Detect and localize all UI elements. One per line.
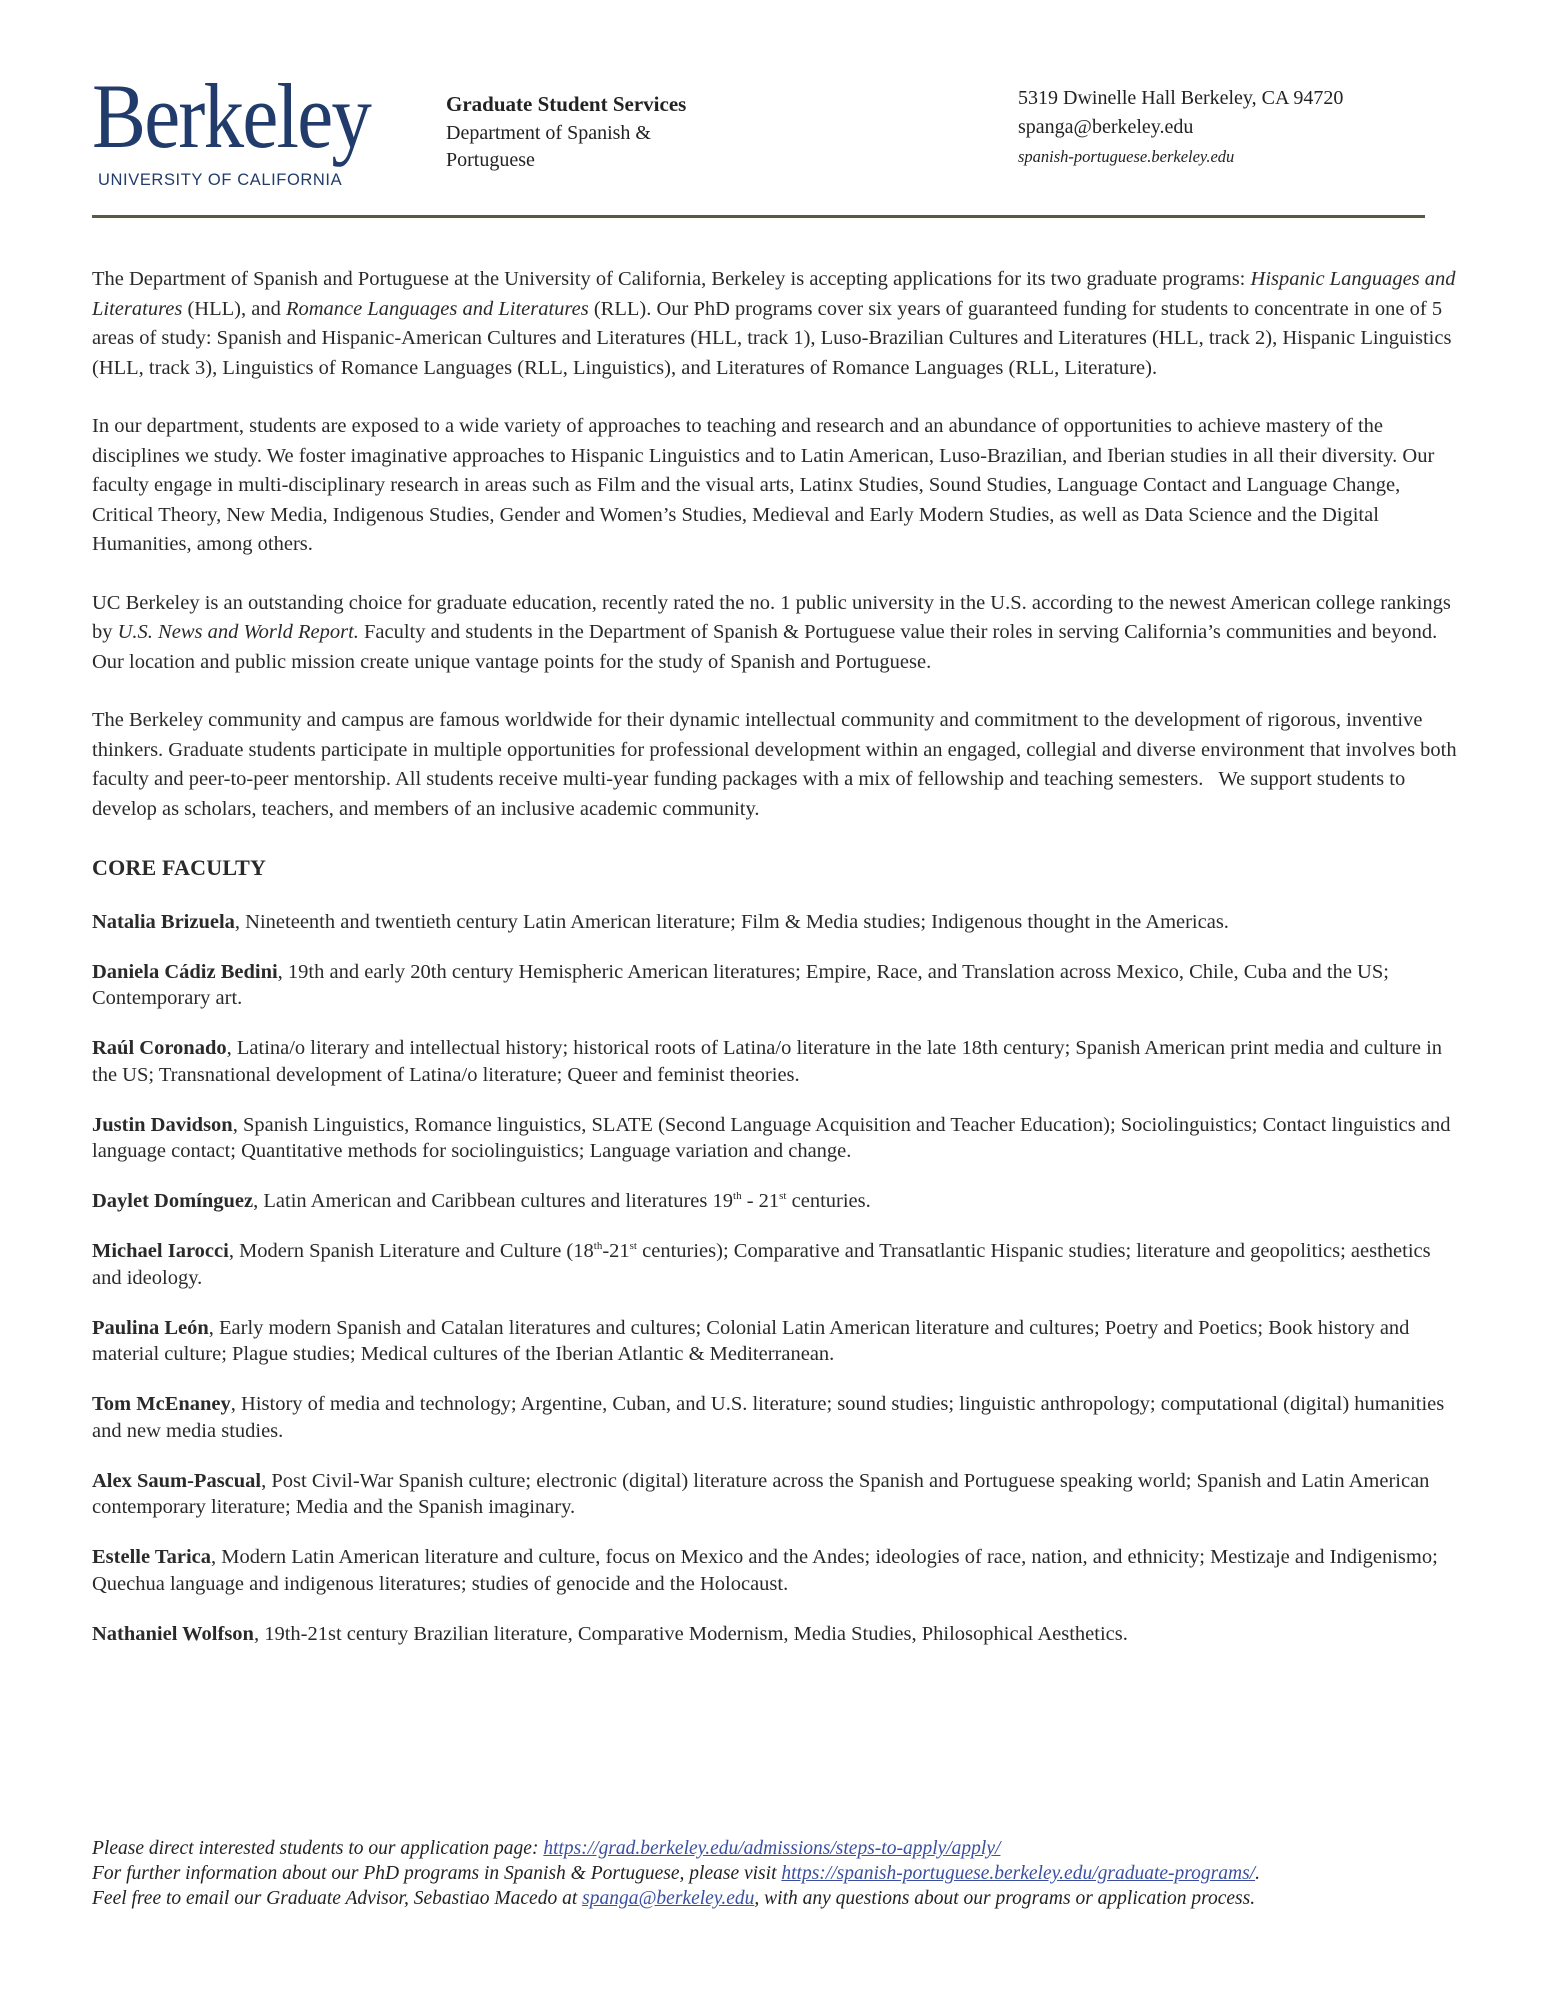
faculty-name: Justin Davidson: [92, 1114, 233, 1136]
faculty-name: Paulina León: [92, 1317, 209, 1339]
text: For further information about our PhD pr…: [92, 1863, 781, 1884]
faculty-entry: Daylet Domínguez, Latin American and Car…: [92, 1188, 1462, 1215]
faculty-description: , Latin American and Caribbean cultures …: [253, 1190, 733, 1212]
contact-website: spanish-portuguese.berkeley.edu: [1018, 142, 1343, 171]
advisor-email-link[interactable]: spanga@berkeley.edu: [582, 1888, 754, 1909]
logo-wordmark: Berkeley: [92, 70, 370, 162]
footer-line-application: Please direct interested students to our…: [92, 1836, 1472, 1861]
faculty-name: Daylet Domínguez: [92, 1190, 253, 1212]
faculty-description: , Nineteenth and twentieth century Latin…: [235, 911, 1229, 933]
text: (HLL), and: [182, 298, 286, 320]
text: Feel free to email our Graduate Advisor,…: [92, 1888, 582, 1909]
address: 5319 Dwinelle Hall Berkeley, CA 94720: [1018, 84, 1343, 113]
publication-name: U.S. News and World Report.: [118, 621, 359, 643]
unit-title: Graduate Student Services: [446, 92, 706, 117]
logo-subtitle: UNIVERSITY OF CALIFORNIA: [98, 171, 342, 190]
faculty-entry: Tom McEnaney, History of media and techn…: [92, 1391, 1462, 1444]
faculty-description: centuries.: [787, 1190, 871, 1212]
faculty-entry: Nathaniel Wolfson, 19th-21st century Bra…: [92, 1621, 1462, 1648]
superscript: th: [733, 1190, 742, 1202]
faculty-entry: Daniela Cádiz Bedini, 19th and early 20t…: [92, 959, 1462, 1012]
program-name-rll: Romance Languages and Literatures: [286, 298, 589, 320]
intro-paragraph-4: The Berkeley community and campus are fa…: [92, 706, 1462, 824]
text: The Department of Spanish and Portuguese…: [92, 268, 1251, 290]
faculty-name: Alex Saum-Pascual: [92, 1470, 261, 1492]
faculty-name: Tom McEnaney: [92, 1393, 231, 1415]
faculty-name: Daniela Cádiz Bedini: [92, 961, 278, 983]
faculty-name: Raúl Coronado: [92, 1037, 227, 1059]
text: .: [1255, 1863, 1260, 1884]
faculty-description: , Modern Latin American literature and c…: [92, 1546, 1438, 1595]
intro-paragraph-2: In our department, students are exposed …: [92, 412, 1462, 560]
faculty-entry: Estelle Tarica, Modern Latin American li…: [92, 1544, 1462, 1597]
faculty-description: - 21: [742, 1190, 780, 1212]
faculty-name: Nathaniel Wolfson: [92, 1623, 254, 1645]
faculty-description: , Modern Spanish Literature and Culture …: [229, 1240, 594, 1262]
contact-email: spanga@berkeley.edu: [1018, 113, 1343, 142]
faculty-entry: Justin Davidson, Spanish Linguistics, Ro…: [92, 1112, 1462, 1165]
faculty-description: , History of media and technology; Argen…: [92, 1393, 1444, 1442]
superscript: st: [630, 1240, 637, 1252]
faculty-description: , Latina/o literary and intellectual his…: [92, 1037, 1442, 1086]
faculty-entry: Paulina León, Early modern Spanish and C…: [92, 1315, 1462, 1368]
graduate-programs-link[interactable]: https://spanish-portuguese.berkeley.edu/…: [781, 1863, 1255, 1884]
unit-block: Graduate Student Services Department of …: [446, 92, 706, 174]
faculty-entry: Raúl Coronado, Latina/o literary and int…: [92, 1035, 1462, 1088]
faculty-description: -21: [602, 1240, 629, 1262]
faculty-entry: Natalia Brizuela, Nineteenth and twentie…: [92, 909, 1462, 936]
faculty-name: Natalia Brizuela: [92, 911, 235, 933]
unit-department: Department of Spanish & Portuguese: [446, 120, 706, 174]
application-page-link[interactable]: https://grad.berkeley.edu/admissions/ste…: [543, 1838, 1000, 1859]
faculty-name: Michael Iarocci: [92, 1240, 229, 1262]
document-body: The Department of Spanish and Portuguese…: [92, 265, 1462, 1671]
header-divider: [92, 215, 1425, 218]
footer-notes: Please direct interested students to our…: [92, 1836, 1472, 1911]
faculty-description: , Early modern Spanish and Catalan liter…: [92, 1317, 1409, 1366]
letterhead: Berkeley UNIVERSITY OF CALIFORNIA Gradua…: [92, 78, 1442, 218]
faculty-entry: Michael Iarocci, Modern Spanish Literatu…: [92, 1238, 1462, 1291]
text: , with any questions about our programs …: [754, 1888, 1255, 1909]
footer-line-programs: For further information about our PhD pr…: [92, 1861, 1472, 1886]
faculty-name: Estelle Tarica: [92, 1546, 211, 1568]
contact-block: 5319 Dwinelle Hall Berkeley, CA 94720 sp…: [1018, 84, 1343, 171]
faculty-description: , 19th and early 20th century Hemispheri…: [92, 961, 1389, 1010]
intro-paragraph-1: The Department of Spanish and Portuguese…: [92, 265, 1462, 383]
faculty-description: , Post Civil-War Spanish culture; electr…: [92, 1470, 1429, 1519]
faculty-entry: Alex Saum-Pascual, Post Civil-War Spanis…: [92, 1468, 1462, 1521]
superscript: st: [779, 1190, 786, 1202]
intro-paragraph-3: UC Berkeley is an outstanding choice for…: [92, 589, 1462, 678]
footer-line-advisor: Feel free to email our Graduate Advisor,…: [92, 1886, 1472, 1911]
faculty-heading: CORE FACULTY: [92, 853, 1462, 883]
faculty-description: , Spanish Linguistics, Romance linguisti…: [92, 1114, 1450, 1163]
faculty-description: , 19th-21st century Brazilian literature…: [254, 1623, 1128, 1645]
text: Please direct interested students to our…: [92, 1838, 543, 1859]
berkeley-logo: Berkeley UNIVERSITY OF CALIFORNIA: [92, 78, 422, 198]
